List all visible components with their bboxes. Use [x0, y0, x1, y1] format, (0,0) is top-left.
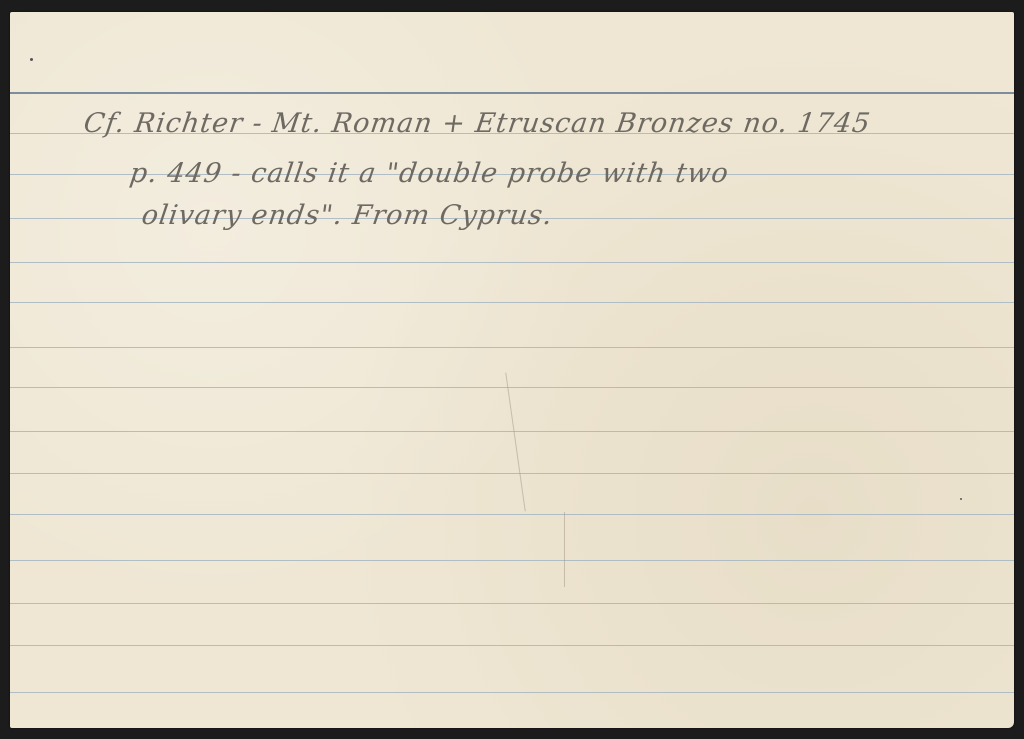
handwritten-note: Cf. Richter - Mt. Roman + Etruscan Bronz… — [10, 12, 1014, 728]
index-card: Cf. Richter - Mt. Roman + Etruscan Bronz… — [10, 12, 1014, 728]
note-line-2: p. 449 - calls it a "double probe with t… — [128, 158, 731, 189]
note-line-3: olivary ends". From Cyprus. — [140, 200, 555, 231]
note-line-1: Cf. Richter - Mt. Roman + Etruscan Bronz… — [82, 108, 873, 139]
